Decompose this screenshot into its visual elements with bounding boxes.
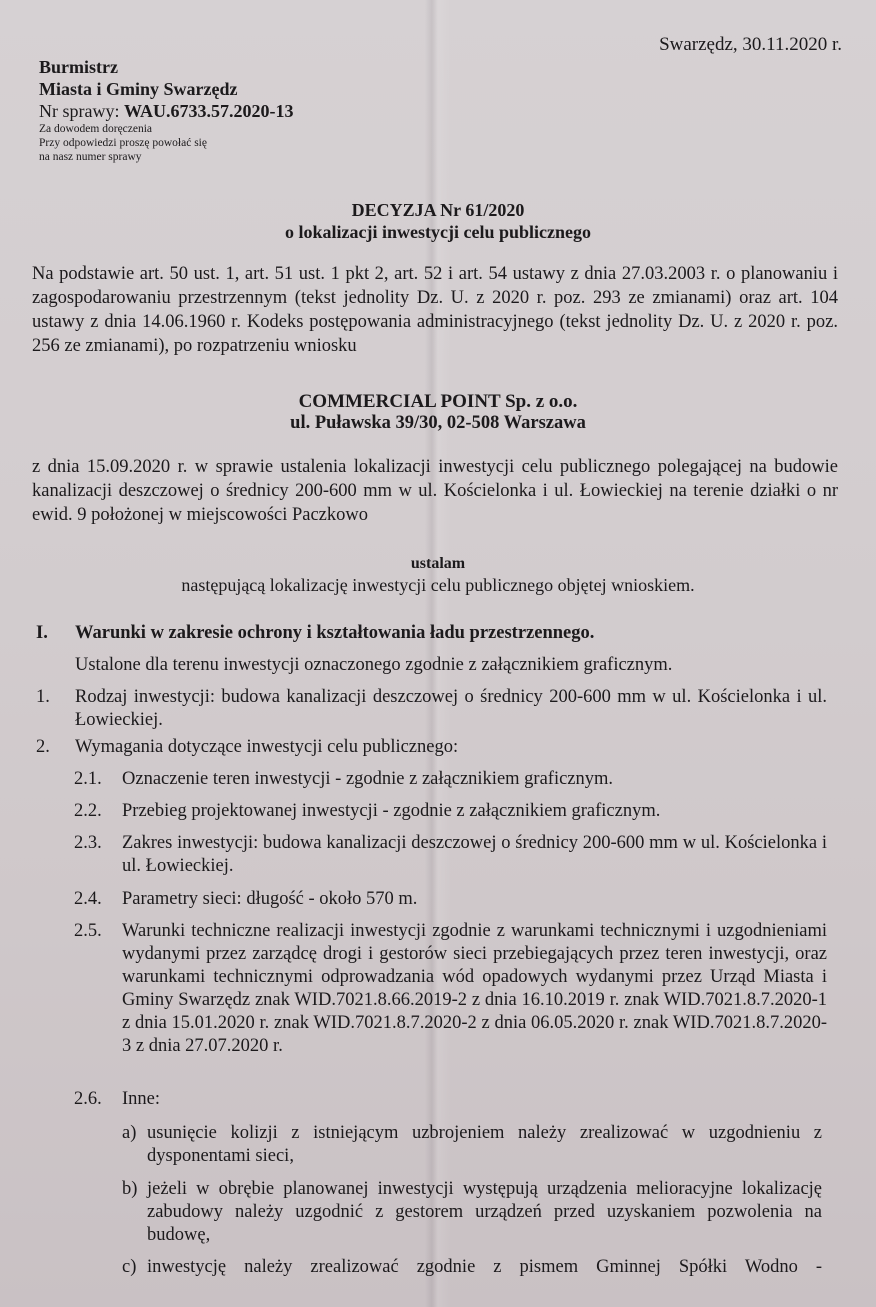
sender-block: Burmistrz Miasta i Gminy Swarzędz Nr spr…	[39, 56, 293, 164]
authority-line1: Burmistrz	[39, 56, 293, 78]
subitem-number: 2.4.	[74, 888, 102, 911]
other-item-text: usunięcie kolizji z istniejącym uzbrojen…	[147, 1122, 822, 1168]
applicant-name: COMMERCIAL POINT Sp. z o.o.	[0, 391, 876, 413]
subitem-text: Parametry sieci: długość - około 570 m.	[122, 888, 827, 911]
other-item-letter: b)	[122, 1178, 137, 1201]
subitem-text: Zakres inwestycji: budowa kanalizacji de…	[122, 832, 827, 878]
place-date: Swarzędz, 30.11.2020 r.	[659, 34, 842, 56]
ruling-word: ustalam	[0, 555, 876, 573]
subitem-number: 2.5.	[74, 920, 102, 943]
item-number: 1.	[36, 686, 50, 709]
case-number: WAU.6733.57.2020-13	[124, 101, 294, 121]
subitem-text: Przebieg projektowanej inwestycji - zgod…	[122, 800, 827, 823]
subitem-text: Oznaczenie teren inwestycji - zgodnie z …	[122, 768, 827, 791]
subitem-number: 2.6.	[74, 1088, 102, 1111]
other-item-text: inwestycję należy zrealizować zgodnie z …	[147, 1256, 822, 1279]
reply-note-2: na nasz numer sprawy	[39, 150, 293, 164]
subitem-number: 2.1.	[74, 768, 102, 791]
ruling-text: następującą lokalizację inwestycji celu …	[0, 575, 876, 596]
subitem-number: 2.3.	[74, 832, 102, 855]
section-heading: Warunki w zakresie ochrony i kształtowan…	[75, 622, 835, 645]
case-label: Nr sprawy:	[39, 101, 124, 121]
request-paragraph: z dnia 15.09.2020 r. w sprawie ustalenia…	[32, 455, 838, 527]
legal-basis-paragraph: Na podstawie art. 50 ust. 1, art. 51 ust…	[32, 262, 838, 358]
other-item-letter: a)	[122, 1122, 136, 1145]
decision-subtitle: o lokalizacji inwestycji celu publiczneg…	[0, 222, 876, 243]
other-item-letter: c)	[122, 1256, 136, 1279]
item-number: 2.	[36, 736, 50, 759]
delivery-note: Za dowodem doręczenia	[39, 122, 293, 136]
reply-note-1: Przy odpowiedzi proszę powołać się	[39, 136, 293, 150]
decision-title: DECYZJA Nr 61/2020	[0, 200, 876, 221]
item-text: Wymagania dotyczące inwestycji celu publ…	[75, 736, 827, 759]
applicant-address: ul. Puławska 39/30, 02-508 Warszawa	[0, 413, 876, 434]
section-intro: Ustalone dla terenu inwestycji oznaczone…	[75, 654, 835, 677]
decision-document: Swarzędz, 30.11.2020 r. Burmistrz Miasta…	[0, 0, 876, 1307]
item-text: Rodzaj inwestycji: budowa kanalizacji de…	[75, 686, 827, 732]
subitem-text: Inne:	[122, 1088, 827, 1111]
subitem-number: 2.2.	[74, 800, 102, 823]
other-item-text: jeżeli w obrębie planowanej inwestycji w…	[147, 1178, 822, 1247]
case-number-line: Nr sprawy: WAU.6733.57.2020-13	[39, 100, 293, 122]
section-number: I.	[36, 622, 48, 645]
subitem-text: Warunki techniczne realizacji inwestycji…	[122, 920, 827, 1058]
authority-line2: Miasta i Gminy Swarzędz	[39, 78, 293, 100]
